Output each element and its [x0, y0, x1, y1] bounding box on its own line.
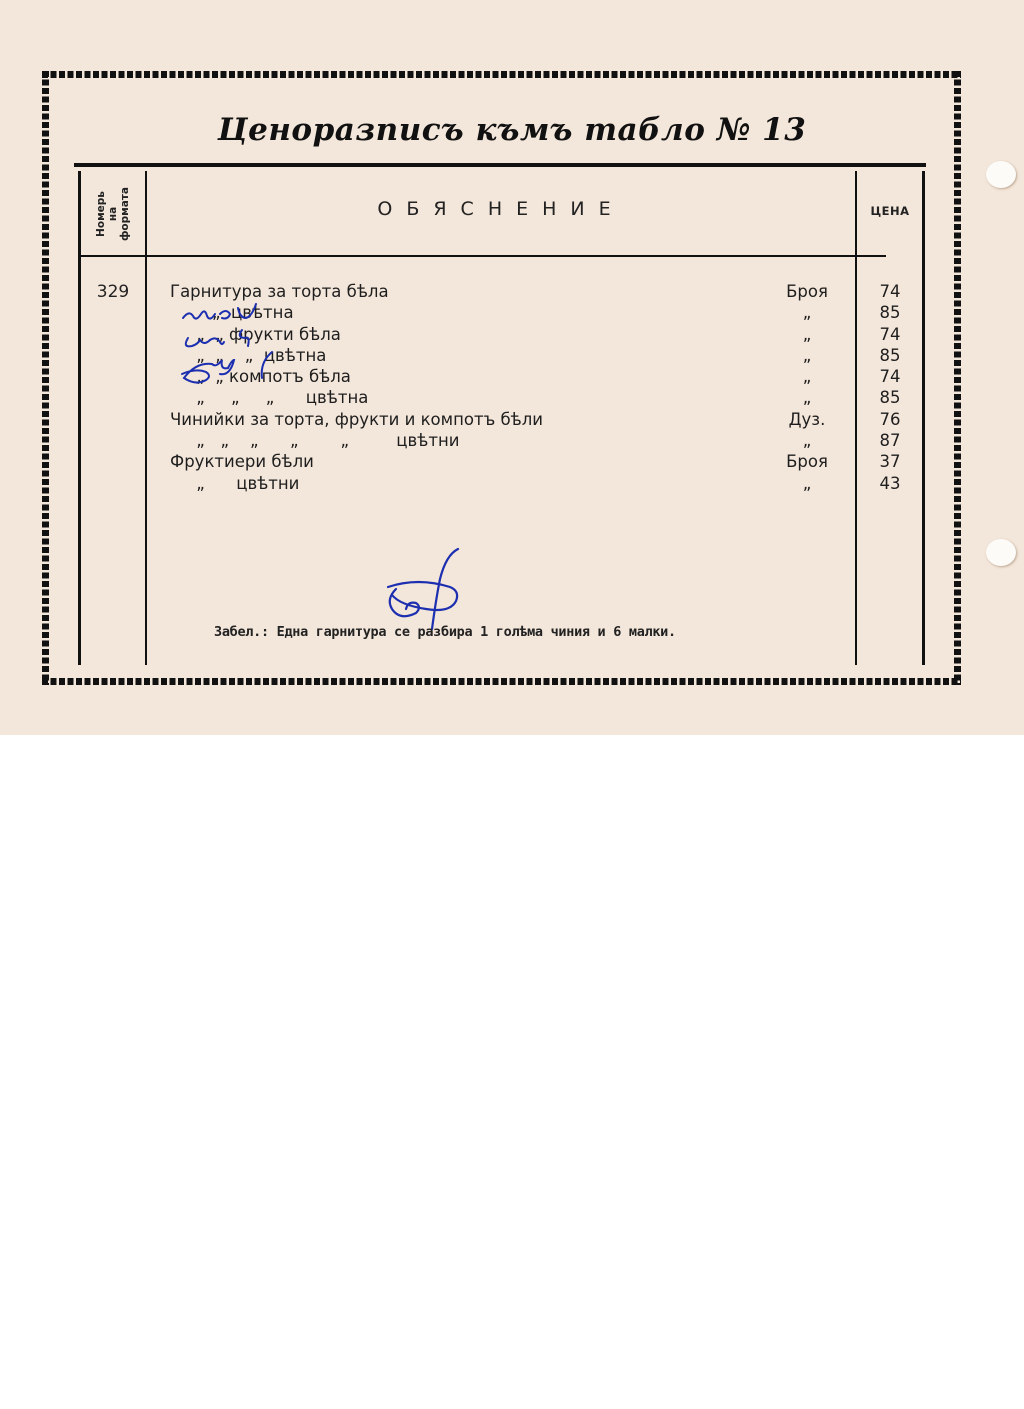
- frame-bottom-edge: [42, 678, 961, 685]
- table-row: Чинийки за торта, фрукти и компотъ бѣли …: [170, 409, 910, 430]
- row-unit: Броя: [762, 451, 852, 472]
- handwritten-annotation: [180, 302, 290, 387]
- punch-hole-bottom: [986, 539, 1016, 566]
- header-number-line2: на: [107, 187, 119, 241]
- format-number: 329: [84, 282, 142, 302]
- row-price: 74: [856, 366, 924, 387]
- row-unit: „: [762, 345, 852, 366]
- row-unit: Дуз.: [762, 409, 852, 430]
- row-unit: „: [762, 430, 852, 451]
- row-description: Фруктиери бѣли: [170, 451, 314, 472]
- row-unit: „: [762, 324, 852, 345]
- footnote: Забел.: Една гарнитура се разбира 1 голѣ…: [214, 624, 676, 640]
- row-price: 74: [856, 281, 924, 302]
- header-number-line1: Номерь: [95, 187, 107, 241]
- signature: [380, 545, 470, 630]
- row-description: Гарнитура за торта бѣла: [170, 281, 389, 302]
- row-price: 74: [856, 324, 924, 345]
- table-row: Гарнитура за торта бѣла Броя 74: [170, 281, 910, 302]
- row-price: 43: [856, 473, 924, 494]
- table-row: „ цвѣтни „ 43: [170, 473, 910, 494]
- row-price: 85: [856, 387, 924, 408]
- title-underline: [74, 163, 926, 167]
- row-unit: „: [762, 366, 852, 387]
- row-price: 85: [856, 345, 924, 366]
- row-price: 85: [856, 302, 924, 323]
- punch-hole-top: [986, 161, 1016, 188]
- row-unit: „: [762, 302, 852, 323]
- header-format-number: Номерь на формата: [84, 177, 142, 251]
- row-price: 37: [856, 451, 924, 472]
- row-unit: „: [762, 387, 852, 408]
- row-unit: Броя: [762, 281, 852, 302]
- row-description: „ цвѣтни: [170, 473, 299, 494]
- table-left-border: [78, 171, 81, 665]
- row-description: „ „ „ „ „ цвѣтни: [170, 430, 459, 451]
- header-number-line3: формата: [119, 187, 131, 241]
- table-row: Фруктиери бѣли Броя 37: [170, 451, 910, 472]
- row-unit: „: [762, 473, 852, 494]
- row-price: 76: [856, 409, 924, 430]
- page-title: Ценоразписъ къмъ табло № 13: [0, 112, 1024, 148]
- header-bottom-rule: [80, 255, 886, 257]
- frame-top-edge: [42, 71, 961, 78]
- header-explanation: ОБЯСНЕНИЕ: [148, 198, 854, 220]
- frame-right-edge: [954, 71, 961, 685]
- table-row: „ „ „ „ „ цвѣтни „ 87: [170, 430, 910, 451]
- header-price: ЦЕНА: [858, 204, 922, 218]
- frame-left-edge: [42, 71, 49, 685]
- row-price: 87: [856, 430, 924, 451]
- col-divider-number: [145, 171, 147, 665]
- row-description: Чинийки за торта, фрукти и компотъ бѣли: [170, 409, 543, 430]
- row-description: „ „ „ цвѣтна: [170, 387, 368, 408]
- table-row: „ „ „ цвѣтна „ 85: [170, 387, 910, 408]
